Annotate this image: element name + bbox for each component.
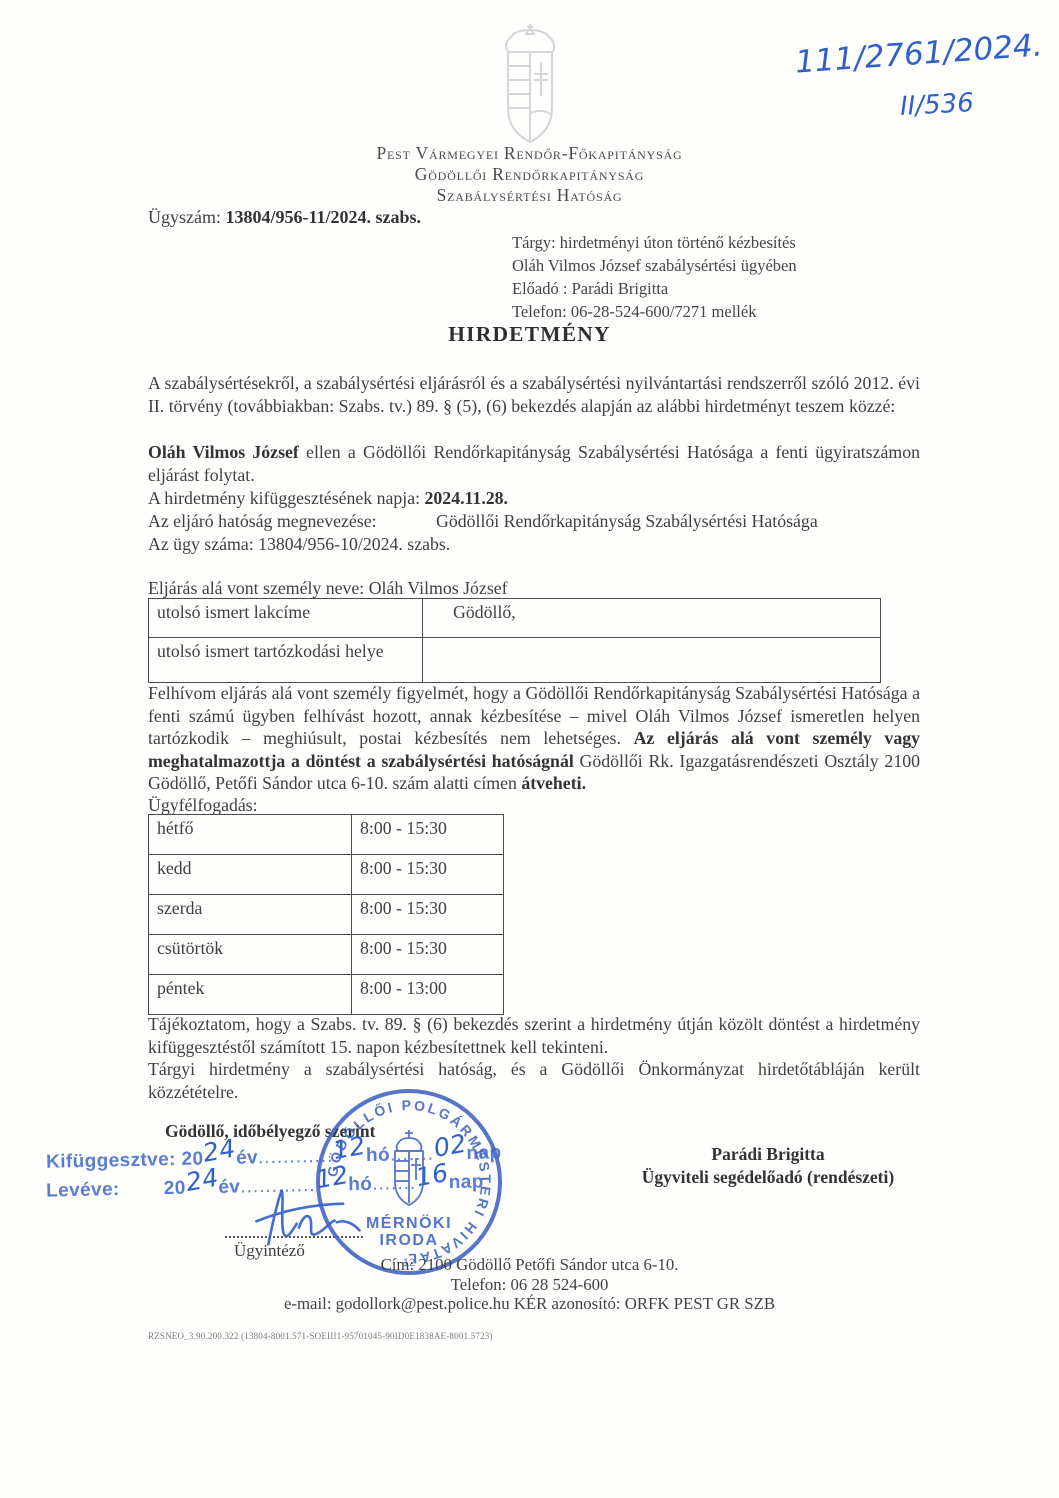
handwritten-year: 24 bbox=[183, 1163, 220, 1197]
subject-line-1: Tárgy: hirdetményi úton történő kézbesít… bbox=[512, 231, 797, 254]
authority-value: Gödöllői Rendőrkapitányság Szabálysértés… bbox=[436, 511, 818, 531]
posting-date: 2024.11.28. bbox=[425, 488, 508, 508]
authority-label: Az eljáró hatóság megnevezése: bbox=[148, 510, 436, 533]
subject-person-name: Oláh Vilmos József bbox=[148, 442, 299, 462]
signer-title: Ügyviteli segédelőadó (rendészeti) bbox=[598, 1166, 938, 1189]
case-number-line: Ügyszám: 13804/956-11/2024. szabs. bbox=[148, 207, 421, 228]
hours-cell: 8:00 - 15:30 bbox=[352, 815, 504, 855]
intro-paragraph: A szabálysértésekről, a szabálysértési e… bbox=[148, 372, 920, 417]
person-table-label: utolsó ismert tartózkodási helye bbox=[149, 638, 423, 683]
hours-cell: 8:00 - 15:30 bbox=[352, 895, 504, 935]
hungarian-coat-of-arms-icon bbox=[484, 22, 576, 146]
hours-cell: 8:00 - 15:30 bbox=[352, 855, 504, 895]
table-row: utolsó ismert tartózkodási helye bbox=[149, 638, 881, 683]
subject-line-4: Telefon: 06-28-524-600/7271 mellék bbox=[512, 300, 797, 323]
person-table-value bbox=[423, 638, 881, 683]
person-table: utolsó ismert lakcíme Gödöllő, utolsó is… bbox=[148, 598, 881, 683]
org-name-line2: Gödöllői Rendőrkapitányság bbox=[0, 164, 1059, 185]
footer-system-code: RZSNEO_3.90.200.322 (13804-8001.571-SOEI… bbox=[148, 1331, 493, 1341]
signer-block: Parádi Brigitta Ügyviteli segédelőadó (r… bbox=[598, 1143, 938, 1189]
removed-century: 20 bbox=[164, 1178, 186, 1199]
table-row: utolsó ismert lakcíme Gödöllő, bbox=[149, 599, 881, 638]
table-row: kedd 8:00 - 15:30 bbox=[149, 855, 504, 895]
org-name-line1: Pest Vármegyei Rendőr-Főkapitányság bbox=[0, 143, 1059, 164]
org-name-line3: Szabálysértési Hatóság bbox=[0, 185, 1059, 206]
posted-label: Kifüggesztve: bbox=[46, 1149, 176, 1173]
stamp-center-line2: IRODA bbox=[379, 1232, 438, 1249]
case-number-label: Ügyszám: bbox=[148, 207, 225, 227]
office-hours-table: hétfő 8:00 - 15:30 kedd 8:00 - 15:30 sze… bbox=[148, 814, 504, 1015]
footer-email: e-mail: godollork@pest.police.hu KÉR azo… bbox=[0, 1294, 1059, 1313]
day-cell: péntek bbox=[149, 975, 352, 1015]
footer-address: Cím: 2100 Gödöllő Petőfi Sándor utca 6-1… bbox=[0, 1255, 1059, 1274]
footer-phone: Telefon: 06 28 524-600 bbox=[0, 1275, 1059, 1294]
day-cell: hétfő bbox=[149, 815, 352, 855]
round-official-stamp: GÖDÖLLŐI POLGÁRMESTERI HIVATAL MÉRNÖKI I… bbox=[309, 1082, 509, 1282]
removed-ev: év bbox=[218, 1177, 240, 1198]
info-paragraph: Tájékoztatom, hogy a Szabs. tv. 89. § (6… bbox=[148, 1013, 920, 1058]
day-cell: szerda bbox=[149, 895, 352, 935]
subject-line-3: Előadó : Parádi Brigitta bbox=[512, 277, 797, 300]
person-table-label: utolsó ismert lakcíme bbox=[149, 599, 423, 638]
authority-line: Az eljáró hatóság megnevezése:Gödöllői R… bbox=[148, 510, 818, 533]
table-row: szerda 8:00 - 15:30 bbox=[149, 895, 504, 935]
document-page: 111/2761/2024. II/536 Pest Vármegyei Ren… bbox=[0, 0, 1059, 1498]
day-cell: csütörtök bbox=[149, 935, 352, 975]
handwritten-page-ref: II/536 bbox=[899, 88, 974, 122]
case-number-line-2: Az ügy száma: 13804/956-10/2024. szabs. bbox=[148, 533, 450, 556]
stamp-center-line1: MÉRNÖKI bbox=[366, 1213, 452, 1232]
day-cell: kedd bbox=[149, 855, 352, 895]
publish-paragraph: Tárgyi hirdetmény a szabálysértési hatós… bbox=[148, 1058, 920, 1103]
table-row: csütörtök 8:00 - 15:30 bbox=[149, 935, 504, 975]
document-title: HIRDETMÉNY bbox=[0, 322, 1059, 347]
subject-paragraph: Oláh Vilmos József ellen a Gödöllői Rend… bbox=[148, 441, 920, 486]
case-number: 13804/956-11/2024. szabs. bbox=[225, 207, 421, 227]
stamp-coat-of-arms-icon bbox=[395, 1130, 423, 1205]
handwritten-case-ref: 111/2761/2024. bbox=[794, 27, 1044, 80]
hours-cell: 8:00 - 13:00 bbox=[352, 975, 504, 1015]
handwritten-year: 24 bbox=[201, 1133, 238, 1167]
posted-ev: év bbox=[236, 1147, 258, 1168]
notice-segment-bold: átveheti. bbox=[521, 773, 586, 793]
posting-date-label: A hirdetmény kifüggesztésének napja: bbox=[148, 488, 425, 508]
notice-paragraph: Felhívom eljárás alá vont személy figyel… bbox=[148, 682, 920, 795]
table-row: péntek 8:00 - 13:00 bbox=[149, 975, 504, 1015]
person-table-value: Gödöllő, bbox=[423, 599, 881, 638]
person-name-line: Eljárás alá vont személy neve: Oláh Vilm… bbox=[148, 577, 508, 600]
subject-block: Tárgy: hirdetményi úton történő kézbesít… bbox=[512, 231, 797, 323]
table-row: hétfő 8:00 - 15:30 bbox=[149, 815, 504, 855]
signer-name: Parádi Brigitta bbox=[598, 1143, 938, 1166]
subject-line-2: Oláh Vilmos József szabálysértési ügyébe… bbox=[512, 254, 797, 277]
hours-cell: 8:00 - 15:30 bbox=[352, 935, 504, 975]
removed-label: Levéve: bbox=[46, 1178, 158, 1202]
posting-date-line: A hirdetmény kifüggesztésének napja: 202… bbox=[148, 487, 508, 510]
